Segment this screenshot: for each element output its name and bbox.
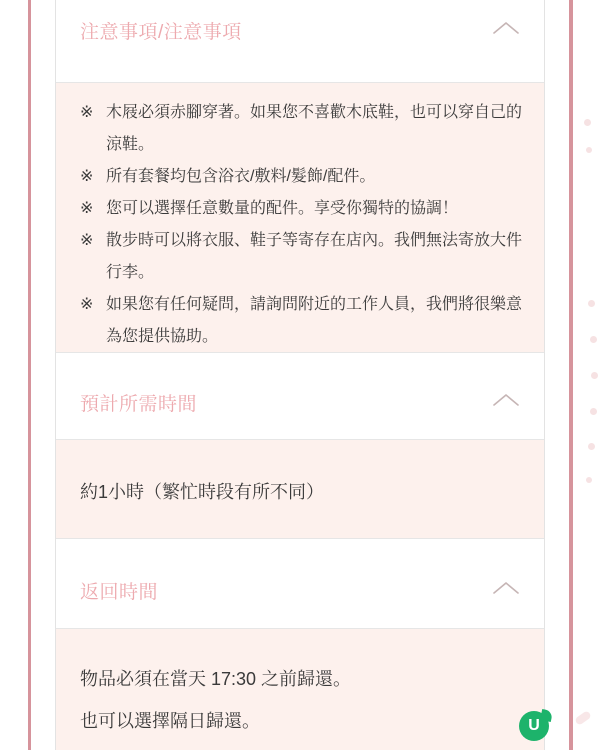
section-title: 預計所需時間 [80, 389, 197, 416]
list-item-marker: ※ [80, 193, 106, 225]
chevron-up-icon[interactable] [493, 581, 519, 594]
list-item: ※ 如果您有任何疑問，請詢問附近的工作人員，我們將很樂意為您提供協助。 [80, 289, 536, 353]
section-title: 注意事項/注意事項 [80, 17, 242, 44]
page: 注意事項/注意事項 ※ 木屐必須赤腳穿著。如果您不喜歡木底鞋，也可以穿自己的涼鞋… [0, 0, 600, 750]
decor-dash [574, 710, 592, 726]
list-item: ※ 散步時可以將衣服、鞋子等寄存在店內。我們無法寄放大件行李。 [80, 225, 536, 289]
decor-dot [590, 336, 597, 343]
decor-dot [588, 443, 595, 450]
list-item: ※ 木屐必須赤腳穿著。如果您不喜歡木底鞋，也可以穿自己的涼鞋。 [80, 97, 536, 161]
list-item-text: 木屐必須赤腳穿著。如果您不喜歡木底鞋，也可以穿自己的涼鞋。 [106, 97, 526, 161]
list-item: ※ 所有套餐均包含浴衣/敷料/髮飾/配件。 [80, 161, 536, 193]
decor-dot [591, 372, 598, 379]
section-header-return-time[interactable]: 返回時間 [56, 539, 544, 629]
list-item-marker: ※ [80, 289, 106, 321]
decor-dot [586, 147, 592, 153]
u-logo-letter: U [519, 711, 549, 741]
decor-dot [584, 119, 591, 126]
chevron-up-icon[interactable] [493, 393, 519, 406]
section-title: 返回時間 [80, 577, 158, 604]
return-time-text: 也可以選擇隔日歸還。 [80, 709, 520, 733]
list-item-text: 您可以選擇任意數量的配件。享受你獨特的協調！ [106, 193, 526, 225]
section-header-duration[interactable]: 預計所需時間 [56, 353, 544, 440]
content-card: 注意事項/注意事項 ※ 木屐必須赤腳穿著。如果您不喜歡木底鞋，也可以穿自己的涼鞋… [55, 0, 545, 750]
decor-dot [590, 408, 597, 415]
section-header-notes[interactable]: 注意事項/注意事項 [56, 0, 544, 83]
decor-dot [586, 477, 592, 483]
list-item-text: 散步時可以將衣服、鞋子等寄存在店內。我們無法寄放大件行李。 [106, 225, 526, 289]
return-time-text: 物品必須在當天 17:30 之前歸還。 [80, 667, 520, 691]
decor-dot [588, 300, 595, 307]
list-item-text: 如果您有任何疑問，請詢問附近的工作人員，我們將很樂意為您提供協助。 [106, 289, 526, 353]
section-body-return-time: 物品必須在當天 17:30 之前歸還。 也可以選擇隔日歸還。 [56, 629, 544, 750]
u-lifestyle-logo: U [519, 711, 549, 741]
left-accent-stripe [28, 0, 31, 750]
right-accent-stripe [569, 0, 573, 750]
list-item-text: 所有套餐均包含浴衣/敷料/髮飾/配件。 [106, 161, 526, 193]
section-body-notes: ※ 木屐必須赤腳穿著。如果您不喜歡木底鞋，也可以穿自己的涼鞋。 ※ 所有套餐均包… [56, 83, 544, 353]
list-item-marker: ※ [80, 161, 106, 193]
section-body-duration: 約1小時（繁忙時段有所不同） [56, 440, 544, 539]
list-item: ※ 您可以選擇任意數量的配件。享受你獨特的協調！ [80, 193, 536, 225]
list-item-marker: ※ [80, 225, 106, 257]
chevron-up-icon[interactable] [493, 21, 519, 34]
list-item-marker: ※ [80, 97, 106, 129]
duration-text: 約1小時（繁忙時段有所不同） [80, 480, 520, 504]
